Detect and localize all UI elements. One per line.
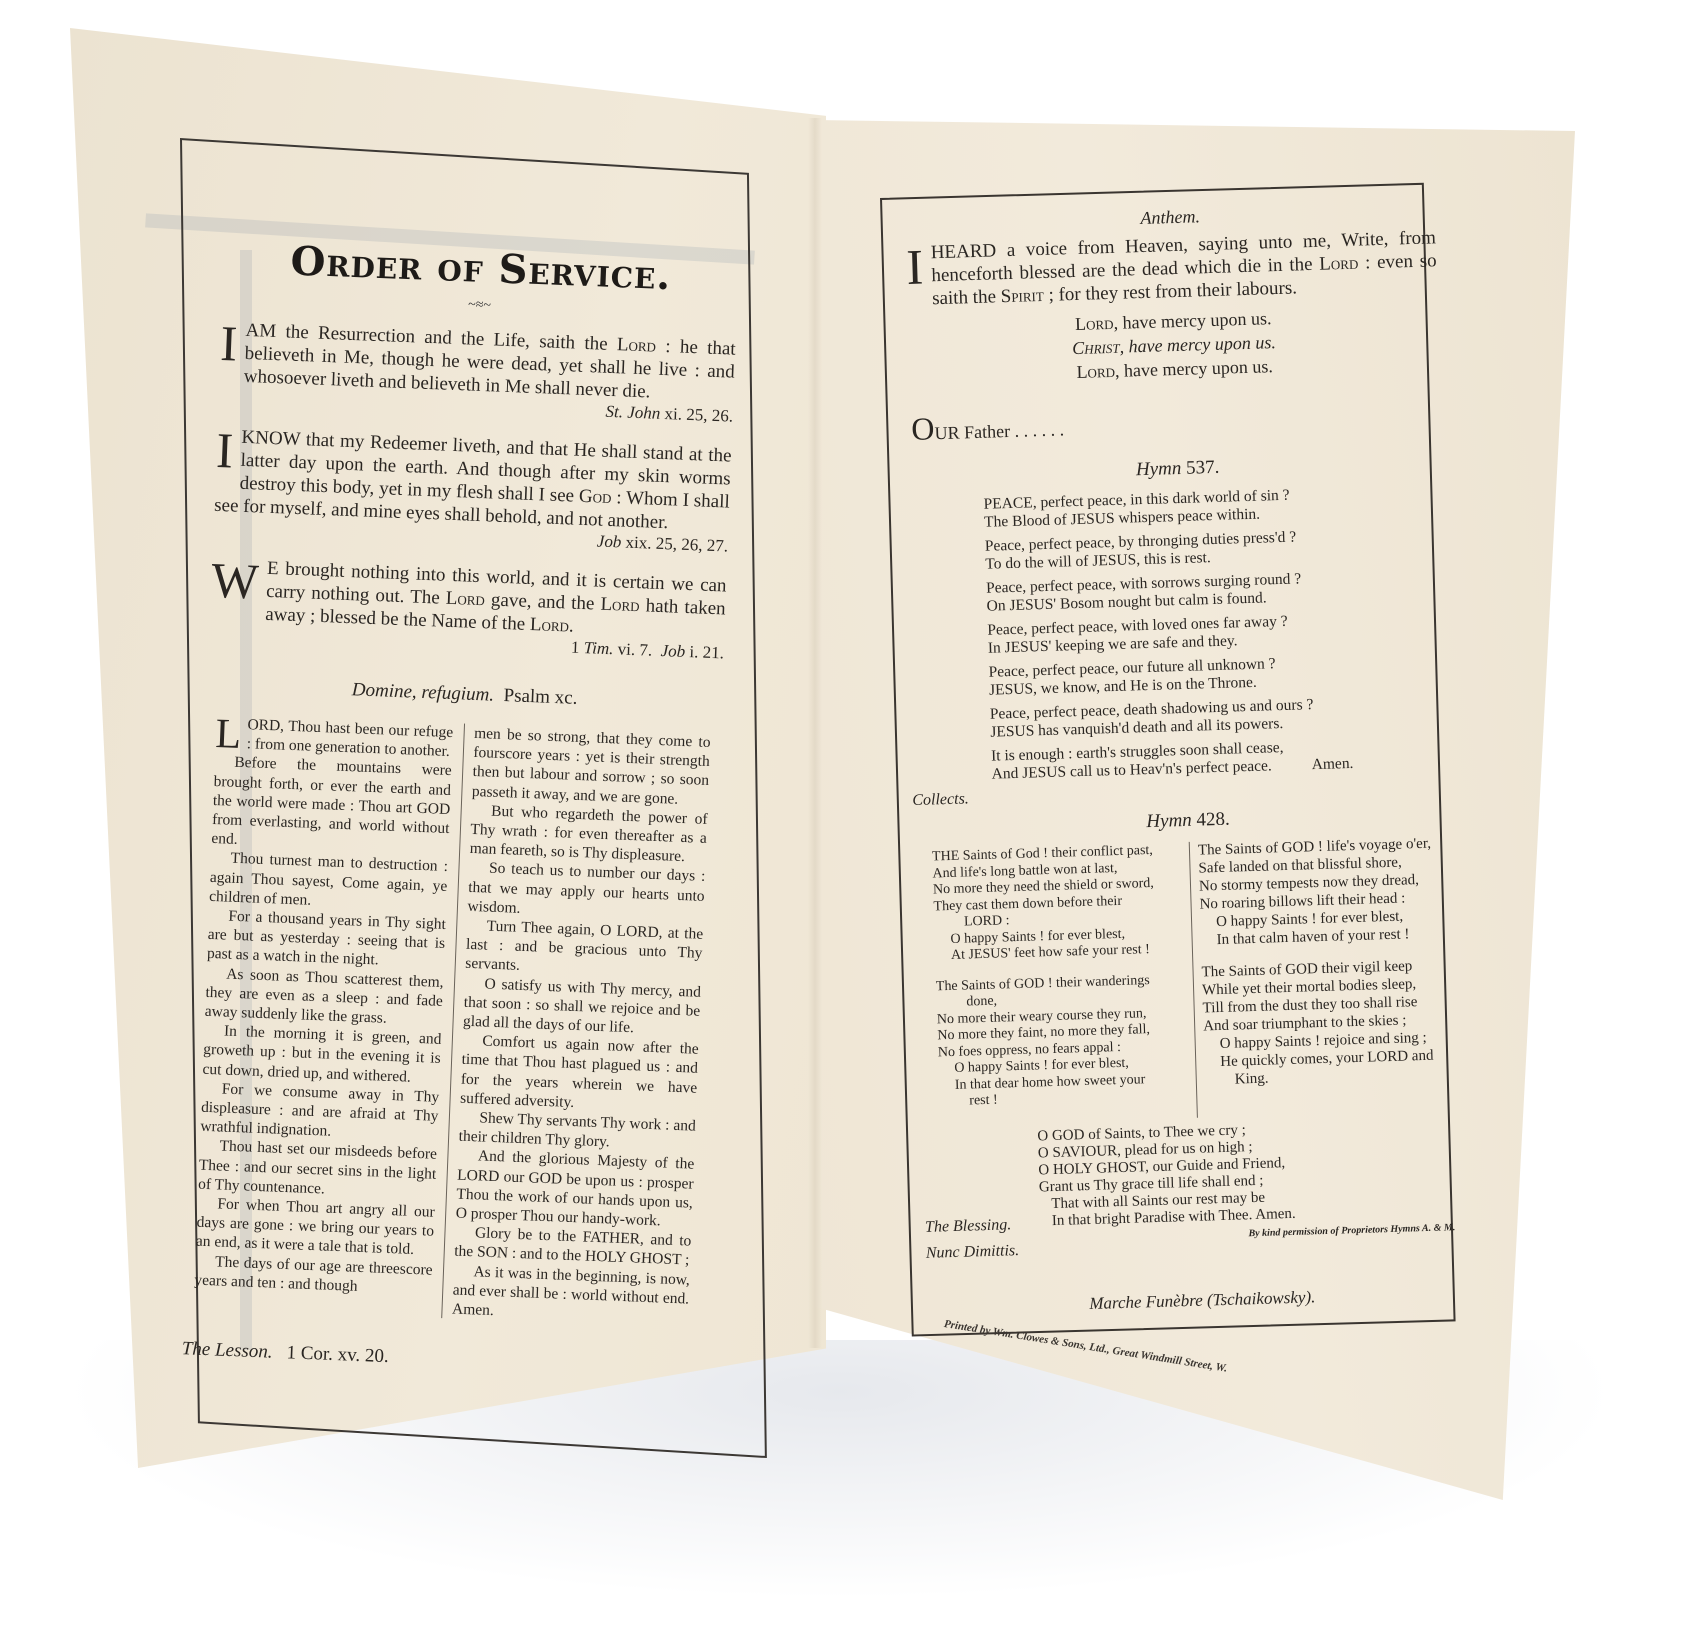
small-caps-word: Christ [1072, 337, 1120, 358]
ref-prefix: 1 [571, 638, 584, 657]
psalm-verse: Turn Thee again, O LORD, at the last : a… [465, 916, 704, 983]
hymn-stanza: The Saints of GOD ! their wanderingsdone… [936, 972, 1189, 1111]
psalm-verse: Thou turnest man to destruction : again … [209, 848, 449, 915]
hymn-number: 537. [1186, 457, 1220, 479]
ref-book: St. John [605, 402, 660, 423]
psalm-verse: As soon as Thou scatterest them, they ar… [204, 963, 444, 1030]
dropcap: I [216, 428, 234, 473]
kyrie-text: , have mercy upon us. [1115, 356, 1273, 381]
center-fold [808, 118, 822, 1348]
kyrie-responses: Lord, have mercy upon us. Christ, have m… [908, 301, 1440, 389]
sentence-text: gave, and the [484, 589, 600, 614]
psalm-number: Psalm xc. [503, 685, 578, 709]
psalm-column-right: men be so strong, that they come to four… [441, 724, 721, 1329]
hymn-stanza: THE Saints of God ! their conflict past,… [932, 842, 1184, 965]
psalm-verse: Thou hast set our misdeeds before Thee :… [198, 1136, 438, 1203]
psalm-xc: LORD, Thou hast been our refuge : from o… [183, 714, 720, 1329]
hymn-stanza: Peace, perfect peace, death shadowing us… [990, 692, 1451, 742]
psalm-verse: And the glorious Majesty of the LORD our… [455, 1146, 694, 1232]
small-caps-word: Spirit [1000, 285, 1044, 307]
psalm-verse: Comfort us again now after the time that… [460, 1031, 699, 1117]
amen: Amen. [1311, 755, 1353, 773]
dropcap: W [211, 558, 260, 604]
lesson-label: The Lesson. [181, 1338, 273, 1362]
dropcap: I [220, 321, 238, 366]
small-caps-word: Lord [1075, 313, 1114, 334]
small-caps-word: God [579, 486, 612, 508]
psalm-column-left: LORD, Thou hast been our refuge : from o… [183, 714, 463, 1319]
psalm-verse: In the morning it is green, and groweth … [202, 1021, 442, 1088]
hymn-428-right-column: The Saints of GOD ! life's voyage o'er,S… [1189, 834, 1462, 1117]
hymn-number: 428. [1196, 809, 1230, 831]
dropcap: O [911, 410, 935, 447]
hymn-stanza: The Saints of GOD their vigil keepWhile … [1201, 956, 1453, 1089]
hymn-428-heading: Hymn 428. [923, 802, 1453, 840]
psalm-latin-title: Domine, refugium. [351, 679, 494, 705]
our-father-text: UR Father . . . . . . [934, 419, 1064, 443]
psalm-verse: For when Thou art angry all our days are… [196, 1194, 436, 1261]
psalm-verse: O satisfy us with Thy mercy, and that so… [463, 973, 702, 1040]
hymn-537-heading: Hymn 537. [912, 450, 1442, 488]
psalm-heading: Domine, refugium. Psalm xc. [207, 674, 722, 716]
hymn-stanza: PEACE, perfect peace, in this dark world… [983, 482, 1444, 532]
ref-verses: xi. 25, 26. [660, 404, 733, 426]
psalm-verse: So teach us to number our days : that we… [467, 858, 706, 925]
ref-book: Tim. [583, 638, 613, 658]
hymn-stanza: Peace, perfect peace, by thronging dutie… [985, 524, 1446, 574]
psalm-verse: For a thousand years in Thy sight are bu… [207, 906, 447, 973]
kyrie-text: , have mercy upon us. [1113, 308, 1271, 333]
small-caps-word: Lord [600, 594, 640, 616]
lesson-reference: 1 Cor. xv. 20. [286, 1342, 389, 1367]
small-caps-word: Lord [530, 614, 570, 636]
hymn-label: Hymn [1136, 458, 1182, 480]
ref-book: Job [660, 641, 685, 661]
psalm-verse: men be so strong, that they come to four… [472, 724, 711, 810]
hymn-537: PEACE, perfect peace, in this dark world… [983, 482, 1451, 784]
psalm-verse: The days of our age are threescore years… [194, 1251, 433, 1298]
psalm-verse: For we consume away in Thy displeasure :… [200, 1079, 440, 1146]
ref-verses: i. 21. [685, 642, 724, 662]
dropcap: I [906, 244, 924, 288]
our-father: OUR Father . . . . . . [911, 395, 1442, 448]
dropcap: L [215, 716, 242, 753]
psalm-verse: But who regardeth the power of Thy wrath… [469, 801, 708, 868]
hymn-stanza: Peace, perfect peace, our future all unk… [988, 650, 1449, 700]
small-caps-word: Lord [445, 588, 485, 610]
opening-sentence-2: IKNOW that my Redeemer liveth, and that … [214, 425, 732, 537]
sentence-text: . [569, 616, 575, 637]
hymn-428-left-column: THE Saints of God ! their conflict past,… [924, 842, 1197, 1125]
hymn-stanza: The Saints of GOD ! life's voyage o'er,S… [1198, 834, 1449, 949]
ref-verses: xix. 25, 26, 27. [621, 532, 728, 555]
left-page-content: Order of Service. ~≈~ IAM the Resurrecti… [181, 225, 739, 1380]
hymn-stanza: Peace, perfect peace, with sorrows surgi… [986, 566, 1447, 616]
small-caps-word: Lord [1319, 253, 1359, 275]
anthem-text: IHEARD a voice from Heaven, saying unto … [906, 226, 1438, 311]
ref-book: Job [596, 532, 621, 552]
hymn-label: Hymn [1146, 810, 1192, 832]
hymn-stanza: It is enough : earth's struggles soon sh… [991, 734, 1452, 784]
hymn-stanza: Peace, perfect peace, with loved ones fa… [987, 608, 1448, 658]
small-caps-word: Lord [1076, 361, 1115, 382]
psalm-verse: Before the mountains were brought forth,… [211, 752, 452, 857]
ref-verses: vi. 7. [613, 639, 652, 659]
verse-text: ORD, Thou hast been our refuge : from on… [246, 716, 453, 760]
psalm-verse: As it was in the beginning, is now, and … [452, 1261, 691, 1328]
right-page-content: Anthem. IHEARD a voice from Heaven, sayi… [905, 199, 1468, 1318]
hymn-428: THE Saints of God ! their conflict past,… [924, 834, 1462, 1125]
small-caps-word: Lord [617, 334, 657, 356]
kyrie-text: , have mercy upon us. [1119, 332, 1276, 357]
